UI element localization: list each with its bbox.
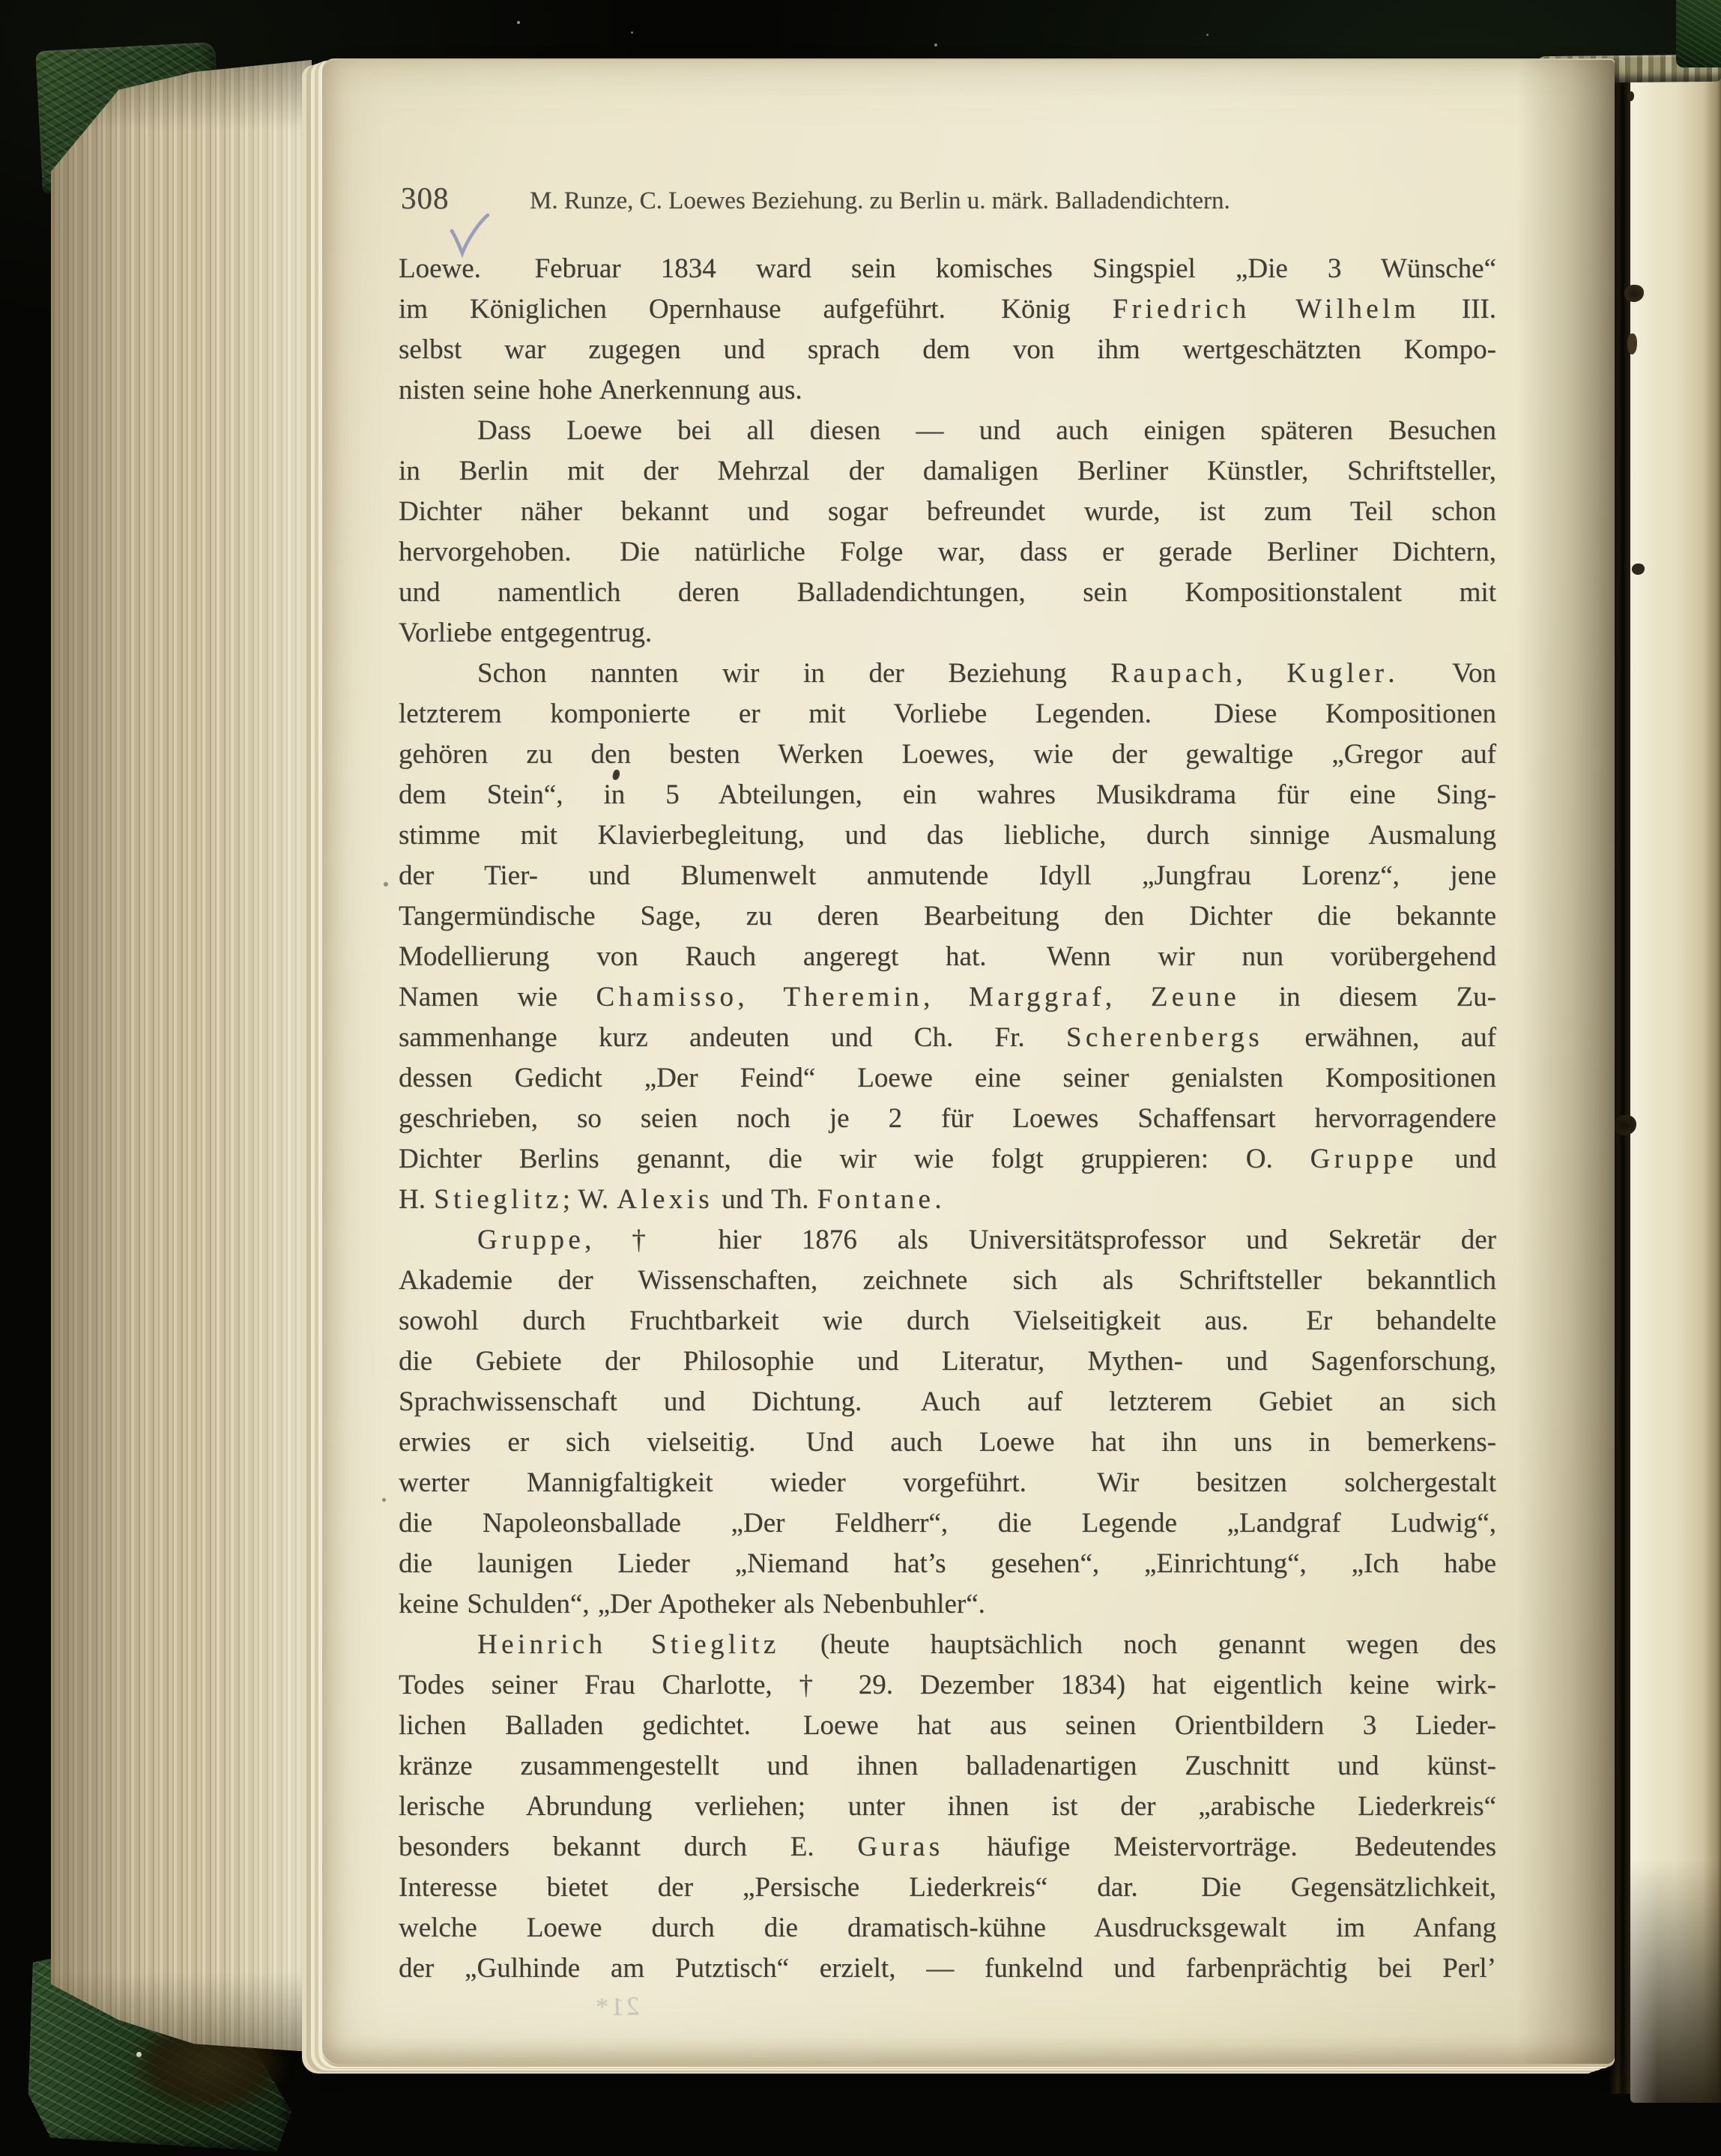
adjacent-page-edge (1630, 75, 1721, 2103)
text-line: H. Stieglitz; W. Alexis und Th. Fontane. (399, 1180, 1496, 1220)
text-line: Loewe. Februar 1834 ward sein komisches … (399, 249, 1496, 289)
letterspaced-name: Alexis (617, 1184, 713, 1215)
text-segment: . Von (1388, 658, 1496, 689)
text-segment: letzterem komponierte er mit Vorliebe Le… (399, 698, 1496, 729)
text-line: gehören zu den besten Werken Loewes, wie… (399, 734, 1496, 775)
text-segment: in Berlin mit der Mehrzal der damaligen … (399, 456, 1496, 486)
text-line: letzterem komponierte er mit Vorliebe Le… (399, 694, 1496, 734)
text-line: Interesse bietet der „Persische Liederkr… (399, 1867, 1496, 1908)
text-segment: . (934, 1184, 941, 1215)
text-segment: sammenhange kurz andeuten und Ch. Fr. (399, 1022, 1066, 1053)
text-line: die launigen Lieder „Niemand hat’s geseh… (399, 1544, 1496, 1584)
book-cover-corner-top-right (1676, 0, 1721, 67)
text-line: lichen Balladen gedichtet. Loewe hat aus… (399, 1706, 1496, 1746)
dust-speck (631, 31, 633, 34)
letterspaced-name: Fontane (817, 1184, 935, 1215)
text-line: keine Schulden“, „Der Apotheker als Nebe… (399, 1584, 1496, 1625)
text-line: Akademie der Wissenschaften, zeichnete s… (399, 1260, 1496, 1301)
text-segment: sowohl durch Fruchtbarkeit wie durch Vie… (399, 1305, 1496, 1336)
text-line: Namen wie Chamisso, Theremin, Marggraf, … (399, 977, 1496, 1018)
text-line: der „Gulhinde am Putztisch“ erzielt, — f… (399, 1948, 1496, 1989)
text-segment: und (1418, 1144, 1496, 1174)
text-line: Tangermündische Sage, zu deren Bearbeitu… (399, 896, 1496, 937)
text-segment: die launigen Lieder „Niemand hat’s geseh… (399, 1548, 1496, 1579)
text-segment: Dass Loewe bei all diesen — und auch ein… (477, 415, 1496, 446)
text-segment: Dichter Berlins genannt, die wir wie fol… (399, 1144, 1310, 1174)
text-segment: die Gebiete der Philosophie und Literatu… (399, 1346, 1496, 1377)
text-segment: nisten seine hohe Anerkennung aus. (399, 375, 802, 405)
text-segment: besonders bekannt durch E. (399, 1832, 857, 1862)
text-segment: Tangermündische Sage, zu deren Bearbeitu… (399, 901, 1496, 931)
text-segment: Vorliebe entgegentrug. (399, 617, 652, 648)
page-number-label: 308 (401, 180, 450, 216)
text-segment: Interesse bietet der „Persische Liederkr… (399, 1872, 1496, 1903)
text-segment: geschrieben, so seien noch je 2 für Loew… (399, 1103, 1496, 1134)
letterspaced-name: Theremin (783, 982, 923, 1012)
text-segment: , † hier 1876 als Universitätsprofessor … (584, 1225, 1496, 1255)
letterspaced-name: Chamisso (596, 982, 738, 1012)
text-line: werter Mannigfaltigkeit wieder vorgeführ… (399, 1463, 1496, 1503)
show-through-mark: 21* (593, 1991, 640, 2023)
text-segment: , (1235, 658, 1286, 689)
text-line: Schon nannten wir in der Beziehung Raupa… (399, 653, 1496, 694)
text-line: stimme mit Klavierbegleitung, und das li… (399, 815, 1496, 856)
text-segment: Modellierung von Rauch angeregt hat. Wen… (399, 941, 1496, 972)
text-segment: dessen Gedicht „Der Feind“ Loewe eine se… (399, 1063, 1496, 1093)
text-segment: , (1105, 982, 1151, 1012)
text-segment: Dichter näher bekannt und sogar befreund… (399, 496, 1496, 527)
text-segment: dem Stein“, in 5 Abteilungen, ein wahres… (399, 779, 1496, 810)
text-segment: erwähnen, auf (1263, 1022, 1496, 1053)
margin-speck (384, 882, 388, 887)
text-segment: kränze zusammengestellt und ihnen ballad… (399, 1751, 1496, 1781)
text-segment: in diesem Zu- (1240, 982, 1496, 1012)
text-line: lerische Abrundung verliehen; unter ihne… (399, 1787, 1496, 1827)
text-line: hervorgehoben. Die natürliche Folge war,… (399, 532, 1496, 573)
text-segment: (heute hauptsächlich noch genannt wegen … (780, 1629, 1496, 1660)
text-line: Dichter näher bekannt und sogar befreund… (399, 492, 1496, 532)
dust-speck (136, 2052, 142, 2057)
fore-edge-page-stack (51, 60, 312, 2052)
text-segment: stimme mit Klavierbegleitung, und das li… (399, 820, 1496, 851)
text-segment: III. (1420, 294, 1496, 324)
book-page: 308 M. Runze, C. Loewes Beziehung. zu Be… (322, 58, 1615, 2067)
text-line: Dichter Berlins genannt, die wir wie fol… (399, 1139, 1496, 1180)
text-segment: selbst war zugegen und sprach dem von ih… (399, 334, 1496, 365)
text-segment: häufige Meistervorträge. Bedeutendes (944, 1832, 1496, 1862)
text-segment: die Napoleonsballade „Der Feldherr“, die… (399, 1508, 1496, 1539)
text-segment: der „Gulhinde am Putztisch“ erzielt, — f… (399, 1953, 1496, 1984)
text-segment: Akademie der Wissenschaften, zeichnete s… (399, 1265, 1496, 1296)
text-line: dem Stein“, in 5 Abteilungen, ein wahres… (399, 775, 1496, 815)
letterspaced-name: Stieglitz (434, 1184, 563, 1215)
text-segment: lerische Abrundung verliehen; unter ihne… (399, 1791, 1496, 1822)
letterspaced-name: Guras (857, 1832, 943, 1862)
letterspaced-name: Kugler (1286, 658, 1388, 689)
letterspaced-name: Scherenbergs (1066, 1022, 1263, 1053)
text-segment: gehören zu den besten Werken Loewes, wie… (399, 739, 1496, 770)
text-line: kränze zusammengestellt und ihnen ballad… (399, 1746, 1496, 1787)
body-text-block: Loewe. Februar 1834 ward sein komisches … (399, 249, 1496, 1989)
text-line: sowohl durch Fruchtbarkeit wie durch Vie… (399, 1301, 1496, 1341)
text-segment: keine Schulden“, „Der Apotheker als Nebe… (399, 1589, 985, 1619)
text-segment: und Th. (713, 1184, 817, 1215)
text-line: Modellierung von Rauch angeregt hat. Wen… (399, 937, 1496, 977)
text-line: sammenhange kurz andeuten und Ch. Fr. Sc… (399, 1018, 1496, 1058)
text-line: die Gebiete der Philosophie und Literatu… (399, 1341, 1496, 1382)
text-segment: , (737, 982, 783, 1012)
text-segment: werter Mannigfaltigkeit wieder vorgeführ… (399, 1467, 1496, 1498)
text-line: erwies er sich vielseitig. Und auch Loew… (399, 1422, 1496, 1463)
text-line: der Tier- und Blumenwelt anmutende Idyll… (399, 856, 1496, 896)
text-segment: erwies er sich vielseitig. Und auch Loew… (399, 1427, 1496, 1458)
dust-speck (1206, 34, 1209, 36)
dust-speck (934, 43, 937, 46)
text-line: nisten seine hohe Anerkennung aus. (399, 370, 1496, 411)
text-segment: Todes seiner Frau Charlotte, † 29. Dezem… (399, 1670, 1496, 1700)
letterspaced-name: Raupach (1110, 658, 1235, 689)
text-segment: Namen wie (399, 982, 596, 1012)
text-segment: Loewe. Februar 1834 ward sein komisches … (399, 253, 1496, 284)
text-segment: welche Loewe durch die dramatisch-kühne … (399, 1912, 1496, 1943)
text-segment: H. (399, 1184, 434, 1215)
running-header: M. Runze, C. Loewes Beziehung. zu Berlin… (530, 187, 1230, 215)
text-line: geschrieben, so seien noch je 2 für Loew… (399, 1099, 1496, 1139)
dust-speck (517, 21, 520, 24)
text-line: in Berlin mit der Mehrzal der damaligen … (399, 451, 1496, 492)
letterspaced-name: Heinrich Stieglitz (477, 1629, 780, 1660)
text-line: selbst war zugegen und sprach dem von ih… (399, 330, 1496, 370)
text-segment: der Tier- und Blumenwelt anmutende Idyll… (399, 860, 1496, 891)
text-segment: ; W. (563, 1184, 617, 1215)
text-line: Heinrich Stieglitz (heute hauptsächlich … (399, 1625, 1496, 1665)
text-line: die Napoleonsballade „Der Feldherr“, die… (399, 1503, 1496, 1544)
scanned-book-photo: 308 M. Runze, C. Loewes Beziehung. zu Be… (0, 0, 1721, 2156)
text-line: Sprachwissenschaft und Dichtung. Auch au… (399, 1382, 1496, 1422)
text-segment: im Königlichen Opernhause aufgeführt. Kö… (399, 294, 1113, 324)
page-fold-shadow (1517, 60, 1615, 2064)
margin-speck (382, 1498, 386, 1502)
text-segment: , (923, 982, 969, 1012)
text-segment: Schon nannten wir in der Beziehung (477, 658, 1110, 689)
text-line: besonders bekannt durch E. Guras häufige… (399, 1827, 1496, 1867)
text-line: im Königlichen Opernhause aufgeführt. Kö… (399, 289, 1496, 330)
text-segment: hervorgehoben. Die natürliche Folge war,… (399, 537, 1496, 567)
letterspaced-name: Gruppe (477, 1225, 584, 1255)
text-line: Todes seiner Frau Charlotte, † 29. Dezem… (399, 1665, 1496, 1706)
letterspaced-name: Zeune (1151, 982, 1240, 1012)
text-segment: lichen Balladen gedichtet. Loewe hat aus… (399, 1710, 1496, 1741)
text-segment: Sprachwissenschaft und Dichtung. Auch au… (399, 1386, 1496, 1417)
letterspaced-name: Marggraf (969, 982, 1105, 1012)
text-line: Gruppe, † hier 1876 als Universitätsprof… (399, 1220, 1496, 1260)
text-line: Vorliebe entgegentrug. (399, 613, 1496, 653)
letterspaced-name: Gruppe (1310, 1144, 1418, 1174)
text-segment: und namentlich deren Balladendichtungen,… (399, 577, 1496, 608)
text-line: dessen Gedicht „Der Feind“ Loewe eine se… (399, 1058, 1496, 1099)
text-line: welche Loewe durch die dramatisch-kühne … (399, 1908, 1496, 1948)
text-line: Dass Loewe bei all diesen — und auch ein… (399, 411, 1496, 451)
letterspaced-name: Friedrich Wilhelm (1113, 294, 1420, 324)
text-line: und namentlich deren Balladendichtungen,… (399, 573, 1496, 613)
